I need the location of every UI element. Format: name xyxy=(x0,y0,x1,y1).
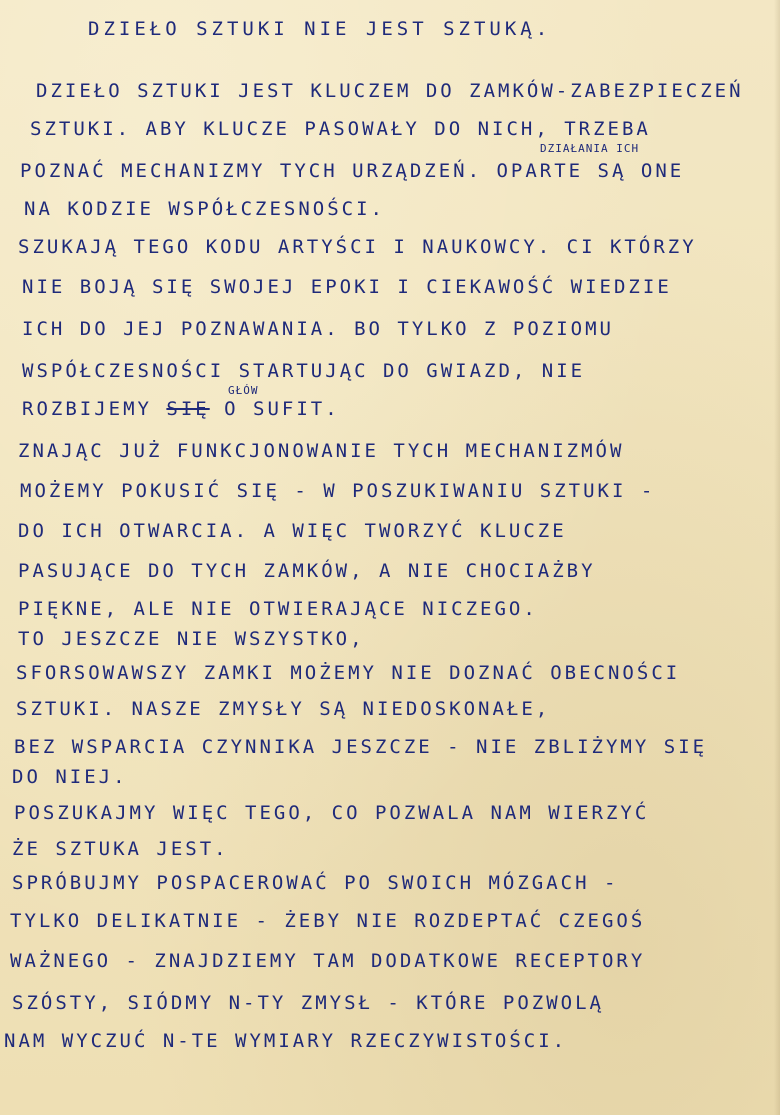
text-line-18: BEZ WSPARCIA CZYNNIKA JESZCZE - NIE ZBLI… xyxy=(14,736,707,758)
manuscript-page: DZIEŁO SZTUKI NIE JEST SZTUKĄ. DZIEŁO SZ… xyxy=(0,0,780,1115)
text-line-10: ZNAJĄC JUŻ FUNKCJONOWANIE TYCH MECHANIZM… xyxy=(18,440,624,462)
text-line-22: SPRÓBUJMY POSPACEROWAĆ PO SWOICH MÓZGACH… xyxy=(12,872,618,894)
text-line-1: DZIEŁO SZTUKI JEST KLUCZEM DO ZAMKÓW-ZAB… xyxy=(36,80,744,102)
text-line-12: DO ICH OTWARCIA. A WIĘC TWORZYĆ KLUCZE xyxy=(18,520,567,542)
text-line-3: POZNAĆ MECHANIZMY TYCH URZĄDZEŃ. OPARTE … xyxy=(20,160,684,182)
text-line-24: WAŻNEGO - ZNAJDZIEMY TAM DODATKOWE RECEP… xyxy=(10,950,645,972)
text-line-25: SZÓSTY, SIÓDMY N-TY ZMYSŁ - KTÓRE POZWOL… xyxy=(12,992,604,1014)
text-line-6: NIE BOJĄ SIĘ SWOJEJ EPOKI I CIEKAWOŚĆ WI… xyxy=(22,276,672,298)
text-line-11: MOŻEMY POKUSIĆ SIĘ - W POSZUKIWANIU SZTU… xyxy=(20,480,655,502)
text-line-26: NAM WYCZUĆ N-TE WYMIARY RZECZYWISTOŚCI. xyxy=(4,1030,567,1052)
text-line-4: NA KODZIE WSPÓŁCZESNOŚCI. xyxy=(24,198,385,220)
insertion-above-line-9: GŁÓW xyxy=(228,384,259,397)
text-line-21: ŻE SZTUKA JEST. xyxy=(12,838,229,860)
text-line-15: TO JESZCZE NIE WSZYSTKO, xyxy=(18,628,365,650)
text-line-23: TYLKO DELIKATNIE - ŻEBY NIE ROZDEPTAĆ CZ… xyxy=(10,910,645,932)
text-line-5: SZUKAJĄ TEGO KODU ARTYŚCI I NAUKOWCY. CI… xyxy=(18,236,697,258)
text-line-9-start: ROZBIJEMY xyxy=(22,398,166,420)
text-line-2: SZTUKI. ABY KLUCZE PASOWAŁY DO NICH, TRZ… xyxy=(30,118,651,140)
text-line-17: SZTUKI. NASZE ZMYSŁY SĄ NIEDOSKONAŁE, xyxy=(16,698,550,720)
text-line-16: SFORSOWAWSZY ZAMKI MOŻEMY NIE DOZNAĆ OBE… xyxy=(16,662,680,684)
text-line-8: WSPÓŁCZESNOŚCI STARTUJĄC DO GWIAZD, NIE xyxy=(22,360,585,382)
text-line-19: DO NIEJ. xyxy=(12,766,128,788)
text-line-9: ROZBIJEMY SIĘ O SUFIT. xyxy=(22,398,340,420)
text-line-14: PIĘKNE, ALE NIE OTWIERAJĄCE NICZEGO. xyxy=(18,598,538,620)
text-line-7: ICH DO JEJ POZNAWANIA. BO TYLKO Z POZIOM… xyxy=(22,318,614,340)
document-title: DZIEŁO SZTUKI NIE JEST SZTUKĄ. xyxy=(88,18,551,40)
text-line-13: PASUJĄCE DO TYCH ZAMKÓW, A NIE CHOCIAŻBY xyxy=(18,560,596,582)
text-line-20: POSZUKAJMY WIĘC TEGO, CO POZWALA NAM WIE… xyxy=(14,802,649,824)
text-line-9-end: O SUFIT. xyxy=(210,398,340,420)
insertion-above-line-3: DZIAŁANIA ICH xyxy=(540,142,639,155)
struck-word: SIĘ xyxy=(166,398,209,420)
